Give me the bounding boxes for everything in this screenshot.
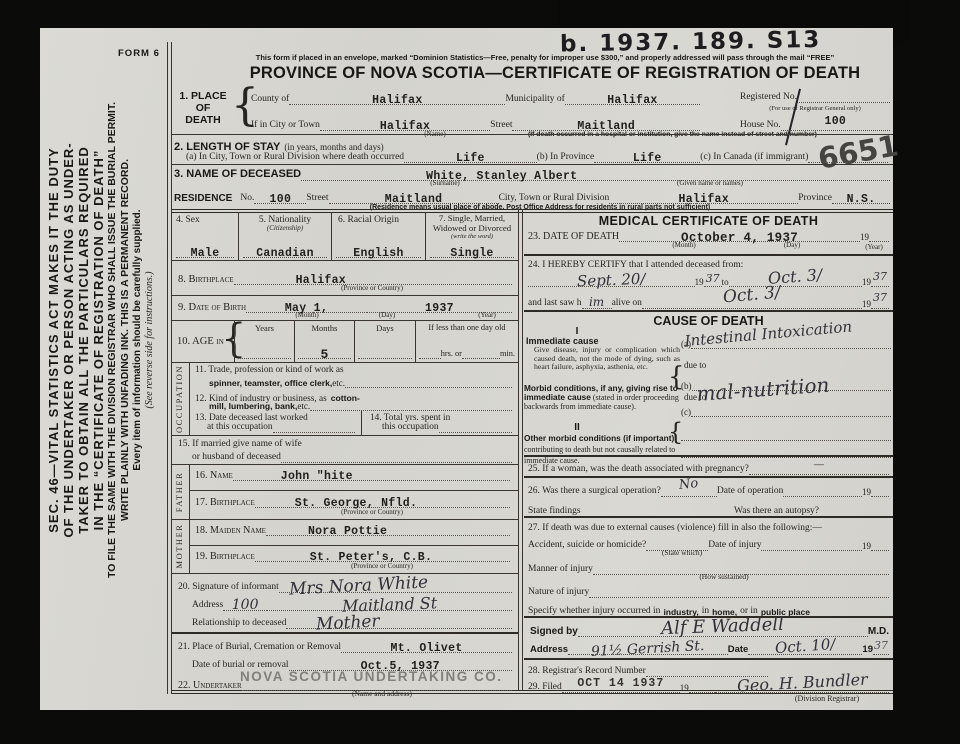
total-years-cell: 14. Total yrs. spent in this occupation xyxy=(362,411,518,435)
signed-year-field: 37 xyxy=(873,642,889,655)
maiden-name-label: 18. Maiden Name xyxy=(195,526,266,537)
heavy-rule xyxy=(524,254,893,256)
day-note: (Day) xyxy=(352,312,422,319)
hrs-label: hrs. or xyxy=(441,350,462,359)
filed-year-field xyxy=(689,680,715,693)
accident-label: Accident, suicide or homicide? xyxy=(528,541,646,551)
sidebar-line: SEC. 46—VITAL STATISTICS ACT MAKES IT TH… xyxy=(46,80,61,600)
relationship-label: Relationship to deceased xyxy=(192,619,286,629)
column-divider xyxy=(518,209,523,690)
last-worked-field xyxy=(273,420,355,433)
trade-field xyxy=(345,375,512,388)
heavy-rule xyxy=(524,516,893,518)
rule xyxy=(172,134,893,135)
total-years-label-2: this occupation xyxy=(382,423,439,433)
undertaker-label: 22. Undertaker xyxy=(178,681,242,692)
father-birthplace-label: 17. Birthplace xyxy=(195,498,255,509)
trade-etc: etc. xyxy=(332,379,345,388)
physician-address-label: Address xyxy=(530,645,568,655)
stay-b-field: Life xyxy=(594,150,700,163)
marital-field: Single xyxy=(430,245,514,258)
physician-address: 91½ Gerrish St. xyxy=(591,639,705,659)
city-town-field: Halifax xyxy=(320,118,490,131)
residence-province-value: N.S. xyxy=(847,195,876,205)
total-years-field xyxy=(439,420,512,433)
write-word-note: (write the word) xyxy=(426,233,518,240)
hrs-field xyxy=(419,346,441,359)
to-label: to xyxy=(722,278,729,287)
residence-division-field: Halifax xyxy=(609,191,798,204)
signed-by-label: Signed by xyxy=(530,627,578,638)
physician-signature: Alf E Waddell xyxy=(661,616,784,638)
burial-place-value: Mt. Olivet xyxy=(391,644,463,654)
years-header: Years xyxy=(235,320,294,333)
signed-date-label: Date xyxy=(728,645,749,655)
registered-no-label: Registered No. xyxy=(740,93,797,103)
surname-note: (Surname) xyxy=(385,180,505,187)
city-town-label: If in City or Town xyxy=(251,121,320,131)
sidebar-line: TO FILE THE SAME WITH THE DIVISION REGIS… xyxy=(106,80,119,600)
undertaker-note: (Name and address) xyxy=(292,690,472,698)
medical-certificate-column: MEDICAL CERTIFICATE OF DEATH 23. DATE OF… xyxy=(524,212,893,690)
due-to-1: due to xyxy=(684,360,706,370)
birthplace-label: 8. Birthplace xyxy=(178,274,234,285)
sidebar-line: Every item of information should be care… xyxy=(132,80,144,600)
registrar-signature: Geo. H. Bundler xyxy=(736,672,867,695)
days-header: Days xyxy=(355,320,415,333)
nationality-value: Canadian xyxy=(256,249,314,259)
burial-place-label: 21. Place of Burial, Cremation or Remova… xyxy=(178,643,341,653)
last-saw-label-2: alive on xyxy=(612,299,642,309)
age-days-field xyxy=(358,346,412,359)
nationality-cell: 5. Nationality (Citizenship) Canadian xyxy=(239,212,332,260)
registrar-record-label: 28. Registrar's Record Number xyxy=(528,667,646,677)
stay-b-label: (b) In Province xyxy=(537,153,595,163)
registrar-signature-field: Geo. H. Bundler xyxy=(715,680,889,693)
other-head: Other morbid conditions (if important) xyxy=(524,433,674,443)
form-number: FORM 6 xyxy=(118,48,160,59)
state-which-note: (State which) xyxy=(632,549,732,557)
informant-address-no-field: 100 xyxy=(223,598,267,611)
demographics-table: 4. Sex Male 5. Nationality (Citizenship)… xyxy=(172,212,518,261)
death-month-note: (Month) xyxy=(644,242,724,249)
attended-from-value: Sept. 20/ xyxy=(577,272,646,289)
min-label: min. xyxy=(500,350,515,359)
rule xyxy=(172,295,518,296)
municipality-field: Halifax xyxy=(565,92,700,105)
racial-origin-value: English xyxy=(353,249,403,259)
residence-street-field: Maitland xyxy=(329,191,499,204)
spouse-label-2: or husband of deceased xyxy=(192,453,281,463)
father-label-cell: FATHER xyxy=(172,464,190,519)
injury-year-field xyxy=(871,538,889,551)
marital-value: Single xyxy=(450,249,493,259)
house-no-field: 100 xyxy=(781,118,890,131)
certificate-paper: b. 1937. 189. S13 6651 FORM 6 SEC. 46—VI… xyxy=(40,28,893,710)
marital-label-2: Widowed or Divorced xyxy=(426,224,518,234)
trade-label-2: spinner, teamster, office clerk, xyxy=(209,379,332,388)
operation-answer: No xyxy=(679,477,699,492)
age-years-cell: Years xyxy=(234,320,294,362)
age-section: 10. AGE in { Years Months 5 Days xyxy=(172,320,518,362)
sidebar-line: IN THE “CERTIFICATE OF REGISTRATION OF D… xyxy=(91,80,106,600)
registered-no-field xyxy=(797,90,890,103)
morbid-para: Morbid conditions, if any, giving rise t… xyxy=(524,384,680,411)
other-morbid-field-1 xyxy=(681,428,891,441)
father-group: FATHER 16. Name John "hite 17. Birthplac… xyxy=(172,464,518,520)
year-note: (Year) xyxy=(452,312,522,319)
last-saw-year-field: 37 xyxy=(871,296,889,309)
operation-date-label: Date of operation xyxy=(717,487,783,497)
immediate-cause-desc: Give disease, injury or complication whi… xyxy=(534,346,680,372)
cause-b-label: (b) xyxy=(681,382,692,391)
citizenship-note: (Citizenship) xyxy=(239,225,331,232)
injury-year-prefix: 19 xyxy=(862,542,871,551)
heavy-rule xyxy=(524,455,893,457)
mother-vertical-label: MOTHER xyxy=(174,519,186,573)
pregnancy-label: 25. If a woman, was the death associated… xyxy=(528,465,749,475)
signed-date-field: Oct. 10/ xyxy=(748,642,862,655)
stay-b-value: Life xyxy=(633,154,662,164)
informant-address-field: Maitland St xyxy=(267,598,512,611)
last-saw-label-1: and last saw h xyxy=(528,299,582,309)
him-field: im xyxy=(582,296,612,309)
stay-a-field: Life xyxy=(404,150,537,163)
last-saw-year-prefix: 19 xyxy=(862,300,871,309)
cause-b-value: mal-nutrition xyxy=(696,358,960,404)
date-of-death-field: October 4, 1937 xyxy=(619,229,860,242)
house-no-label: House No. xyxy=(740,121,781,131)
heavy-rule xyxy=(524,658,893,660)
trade-label-1: 11. Trade, profession or kind of work as xyxy=(195,365,344,375)
father-vertical-label: FATHER xyxy=(174,465,186,519)
sidebar-statute-text: SEC. 46—VITAL STATISTICS ACT MAKES IT TH… xyxy=(46,80,164,600)
father-birthplace-field: St. George, Nfld. xyxy=(255,495,510,508)
last-saw-year-hw: 37 xyxy=(873,292,887,303)
sex-label: 4. Sex xyxy=(172,212,238,225)
informant-signature-field: Mrs Nora White xyxy=(279,580,512,593)
nature-label: Nature of injury xyxy=(528,588,589,598)
racial-origin-cell: 6. Racial Origin English xyxy=(332,212,426,260)
last-worked-cell: 13. Date deceased last worked at this oc… xyxy=(189,411,362,435)
mother-birthplace-note: (Province or Country) xyxy=(302,563,462,570)
due-to-2: due to xyxy=(684,392,706,402)
operation-date-field xyxy=(783,484,862,497)
stay-c-field xyxy=(808,150,888,163)
county-field: Halifax xyxy=(289,92,505,105)
signed-year-hw: 37 xyxy=(874,640,888,651)
county-value: Halifax xyxy=(372,96,422,106)
residence-province-label: Province xyxy=(798,194,832,204)
heavy-rule xyxy=(524,476,893,478)
maiden-name-value: Nora Pottie xyxy=(308,527,387,537)
occupation-group: OCCUPATION 11. Trade, profession or kind… xyxy=(172,362,518,436)
injury-date-field xyxy=(761,538,862,551)
last-worked-label-2: at this occupation xyxy=(207,423,273,433)
occupation-dates-row: 13. Date deceased last worked at this oc… xyxy=(189,411,518,435)
industry-label-2: mill, lumbering, bank, xyxy=(209,402,297,411)
filed-year-prefix: 19 xyxy=(680,684,689,693)
given-name-note: (Given name or names) xyxy=(630,180,790,187)
residence-division-label: City, Town or Rural Division xyxy=(499,194,610,204)
operation-label: 26. Was there a surgical operation? xyxy=(528,487,661,497)
how-sustained-note: (How sustained) xyxy=(664,573,784,581)
mail-notice: This form if placed in an envelope, mark… xyxy=(190,53,900,62)
father-name-label: 16. Name xyxy=(195,471,233,482)
attended-from-field: Sept. 20/ xyxy=(528,274,695,287)
date-of-death-label: 23. DATE OF DEATH xyxy=(528,232,619,243)
signed-year-prefix: 19 xyxy=(862,645,873,655)
sidebar-line: (See reverse side for instructions.) xyxy=(144,80,156,600)
age-months-value: 5 xyxy=(320,350,328,360)
manner-label: Manner of injury xyxy=(528,565,593,575)
last-saw-date-value: Oct. 3/ xyxy=(722,285,781,307)
scanned-death-certificate: b. 1937. 189. S13 6651 FORM 6 SEC. 46—VI… xyxy=(0,0,960,744)
name-of-deceased-label: 3. NAME OF DECEASED xyxy=(174,169,301,181)
to-year-prefix: 19 xyxy=(862,278,871,287)
relationship-field: Mother xyxy=(286,616,512,629)
age-years-field xyxy=(238,346,291,359)
to-year-field: 37 xyxy=(871,274,889,287)
relationship-value: Mother xyxy=(316,613,380,633)
mother-birthplace-label: 19. Birthplace xyxy=(195,552,255,563)
left-column: 4. Sex Male 5. Nationality (Citizenship)… xyxy=(172,212,518,690)
place-of-death-label: 1. PLACE OF DEATH xyxy=(174,90,232,126)
min-field xyxy=(462,346,500,359)
birth-year-value: 1937 xyxy=(425,304,454,314)
father-name-value: John "hite xyxy=(281,472,353,482)
burial-place-field: Mt. Olivet xyxy=(341,640,512,653)
pregnancy-field: — xyxy=(749,462,889,475)
last-saw-date-field: Oct. 3/ xyxy=(642,296,862,309)
rule xyxy=(172,164,893,165)
operation-answer-field: No xyxy=(661,484,717,497)
undertaker-stamp: NOVA SCOTIA UNDERTAKING CO. xyxy=(240,669,503,684)
nationality-field: Canadian xyxy=(243,245,327,258)
death-year-field xyxy=(869,229,889,242)
age-days-cell: Days xyxy=(354,320,415,362)
stay-a-value: Life xyxy=(456,154,485,164)
marital-status-cell: 7. Single, Married, Widowed or Divorced … xyxy=(426,212,518,260)
spouse-field xyxy=(281,450,512,463)
racial-origin-field: English xyxy=(336,245,421,258)
md-label: M.D. xyxy=(868,627,889,638)
street-label: Street xyxy=(490,121,512,131)
rule xyxy=(189,545,518,546)
industry-field xyxy=(310,398,512,411)
stay-a-label: (a) In City, Town or Rural Division wher… xyxy=(186,153,404,163)
racial-origin-label: 6. Racial Origin xyxy=(332,212,425,225)
industry-etc: etc. xyxy=(297,402,310,411)
rule xyxy=(189,490,518,491)
sidebar-line: TAKER TO OBTAIN ALL THE PARTICULARS REQU… xyxy=(76,80,91,600)
death-day-note: (Day) xyxy=(752,242,832,249)
certify-label: 24. I HEREBY CERTIFY that I attended dec… xyxy=(528,260,743,270)
residence-province-field: N.S. xyxy=(832,191,890,204)
certificate-title: PROVINCE OF NOVA SCOTIA—CERTIFICATE OF R… xyxy=(200,64,910,83)
street-field: Maitland xyxy=(512,118,700,131)
mother-birthplace-field: St. Peter's, C.B. xyxy=(255,549,510,562)
marital-label-1: 7. Single, Married, xyxy=(426,212,518,224)
registrar-general-note: (For use of Registrar General only) xyxy=(740,105,890,112)
informant-signature-label: 20. Signature of informant xyxy=(178,583,279,593)
cause-c-label: (c) xyxy=(681,408,691,417)
informant-address-no: 100 xyxy=(232,598,259,612)
from-year-hw: 37 xyxy=(706,273,720,284)
to-year-hw: 37 xyxy=(873,271,887,282)
external-causes-label: 27. If death was due to external causes … xyxy=(528,523,822,533)
age-months-cell: Months 5 xyxy=(294,320,354,362)
year-prefix: 19 xyxy=(860,233,869,242)
sidebar-line: WRITE PLAINLY WITH UNFADING INK. THIS IS… xyxy=(119,80,132,600)
cause-c-field xyxy=(691,404,891,417)
cause-of-death-section: CAUSE OF DEATH I Immediate cause Give di… xyxy=(524,312,893,455)
sex-cell: 4. Sex Male xyxy=(172,212,239,260)
date-of-birth-label: 9. Date of Birth xyxy=(178,302,246,313)
nature-field xyxy=(589,585,889,598)
months-header: Months xyxy=(295,320,354,333)
age-label: 10. AGE in xyxy=(177,336,224,347)
spouse-label-1: 15. If married give name of wife xyxy=(178,439,302,449)
operation-year-prefix: 19 xyxy=(862,488,871,497)
registered-no-block: Registered No. (For use of Registrar Gen… xyxy=(740,90,890,131)
house-no-value: 100 xyxy=(825,117,847,127)
death-year-note: (Year) xyxy=(854,244,894,251)
occupation-vertical-label: OCCUPATION xyxy=(174,363,186,435)
age-hours-cell: If less than one day old hrs. or min. xyxy=(415,320,518,362)
him-hw: im xyxy=(589,296,604,308)
mother-label-cell: MOTHER xyxy=(172,519,190,573)
from-year-field: 37 xyxy=(704,274,722,287)
sex-value: Male xyxy=(191,249,220,259)
physician-address-field: 91½ Gerrish St. xyxy=(568,642,728,655)
filed-date-field: OCT 14 1937 xyxy=(562,680,680,693)
residence-no-label: No. xyxy=(240,194,254,204)
municipality-value: Halifax xyxy=(607,96,657,106)
month-note: (Month) xyxy=(272,312,342,319)
occupation-label-cell: OCCUPATION xyxy=(172,362,190,435)
medical-certificate-title: MEDICAL CERTIFICATE OF DEATH xyxy=(524,214,893,228)
residence-no-field: 100 xyxy=(254,191,306,204)
division-registrar-note: (Division Registrar) xyxy=(762,694,892,703)
age-months-field: 5 xyxy=(298,346,351,359)
less-than-day-header: If less than one day old xyxy=(416,320,518,332)
municipality-label: Municipality of xyxy=(505,95,564,105)
informant-address-label: Address xyxy=(192,601,223,611)
maiden-name-field: Nora Pottie xyxy=(266,523,510,536)
heavy-rule xyxy=(172,632,518,634)
other-para: Other morbid conditions (if important) c… xyxy=(524,432,680,465)
stay-c-label: (c) In Canada (if immigrant) xyxy=(700,153,808,163)
father-name-field: John "hite xyxy=(233,468,510,481)
mother-group: MOTHER 18. Maiden Name Nora Pottie 19. B… xyxy=(172,519,518,574)
county-label: County of xyxy=(251,95,289,105)
father-birthplace-note: (Province or Country) xyxy=(292,509,452,516)
from-year-prefix: 19 xyxy=(695,278,704,287)
operation-year-field xyxy=(871,484,889,497)
filed-date-stamp: OCT 14 1937 xyxy=(577,677,664,690)
sidebar-line: OF THE UNDERTAKER OR PERSON ACTING AS UN… xyxy=(61,80,76,600)
signed-date: Oct. 10/ xyxy=(775,637,836,656)
residence-label: RESIDENCE xyxy=(174,194,232,205)
residence-street-label: Street xyxy=(306,194,328,204)
sex-field: Male xyxy=(176,245,234,258)
birthplace-note: (Province or Country) xyxy=(292,285,452,292)
pregnancy-mark: — xyxy=(813,459,824,470)
age-table: Years Months 5 Days If less than one day… xyxy=(234,320,518,362)
filed-label: 29. Filed xyxy=(528,683,562,693)
